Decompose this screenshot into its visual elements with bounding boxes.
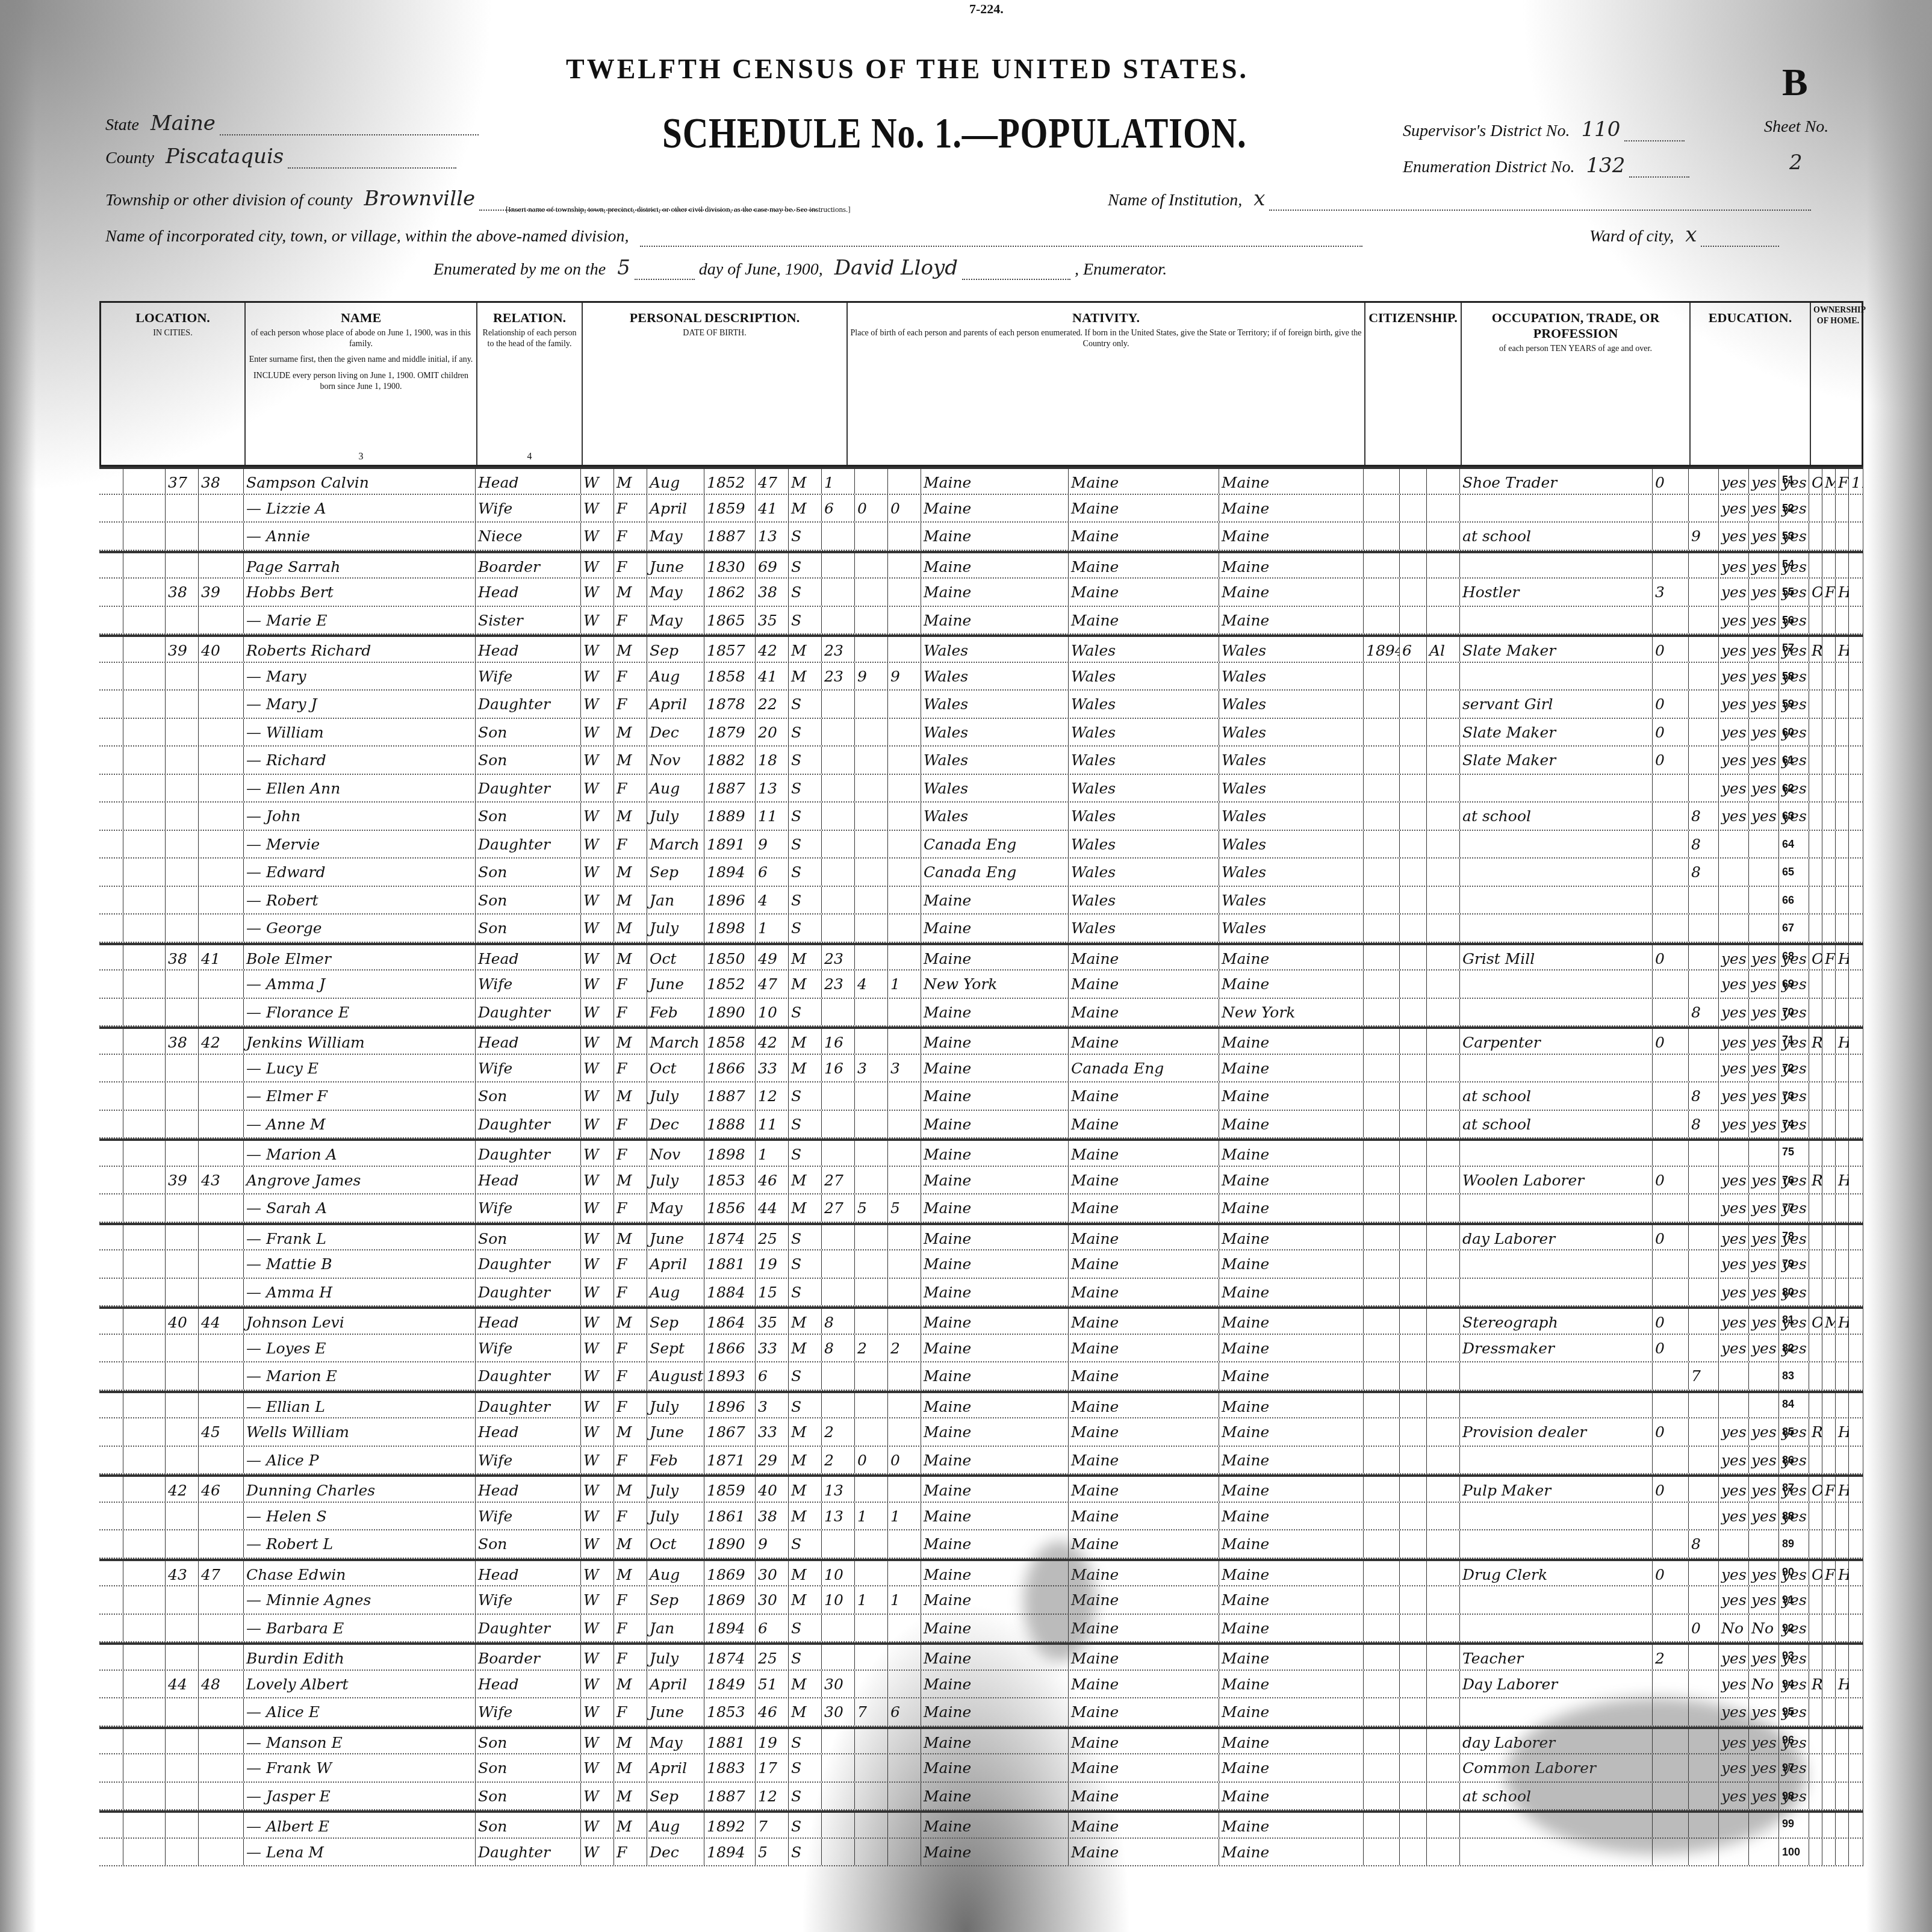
cell-own [1809,1362,1822,1390]
cell-nat [1427,523,1460,550]
cell-ms: M [789,1167,822,1194]
cell-own [1809,553,1822,578]
cell-rel: Son [476,747,581,774]
cell-ms: M [789,971,822,998]
cell-street [99,1082,123,1110]
cell-ym [822,803,855,830]
cell-nat [1427,803,1460,830]
cell-rel: Head [476,1309,581,1334]
cell-race: W [581,971,614,998]
cell-cl [888,469,921,494]
cell-age: 3 [756,1393,789,1418]
cell-name: — Alice E [244,1698,476,1725]
cell-mc: 9 [855,663,888,690]
cell-mpob: Maine [1219,1393,1364,1418]
ward-field: Ward of city, x [1589,223,1779,247]
cell-own [1809,1645,1822,1670]
line-number: 95 [1782,1706,1794,1718]
cell-write: yes [1749,1477,1779,1502]
cell-month: Jan [647,1615,704,1642]
cell-mort [1822,1225,1836,1250]
cell-race: W [581,1309,614,1334]
cell-mort [1822,1279,1836,1306]
cell-mort [1822,1141,1836,1166]
cell-mort [1822,637,1836,662]
cell-year: 1889 [704,803,756,830]
cell-rel: Head [476,1671,581,1698]
cell-street [99,1111,123,1138]
cell-mort [1822,1729,1836,1754]
cell-occ: at school [1460,803,1653,830]
cell-street [99,1279,123,1306]
cell-imm [1364,1839,1400,1866]
cell-cl [888,1783,921,1810]
cell-farm [1836,887,1849,914]
cell-fam [199,1279,244,1306]
cell-house [123,1279,166,1306]
cell-mpob: Wales [1219,887,1364,914]
cell-imm [1364,831,1400,858]
cell-year: 1887 [704,775,756,802]
cell-pob: Canada Eng [921,859,1069,886]
city-label: Name of incorporated city, town, or vill… [105,227,629,246]
cell-mort [1822,691,1836,718]
cell-farm [1836,1530,1849,1558]
cell-imm [1364,1729,1400,1754]
cell-house [123,691,166,718]
cell-own [1809,1503,1822,1530]
cell-mort [1822,1586,1836,1614]
cell-age: 41 [756,663,789,690]
cell-cl [888,691,921,718]
cell-occ: at school [1460,523,1653,550]
cell-year: 1887 [704,1082,756,1110]
cell-cl: 1 [888,1586,921,1614]
cell-street [99,1362,123,1390]
cell-house [123,1698,166,1725]
cell-nat [1427,1586,1460,1614]
cell-rel: Wife [476,1194,581,1222]
cell-write: No [1749,1671,1779,1698]
cell-unemp: 0 [1653,945,1689,970]
cell-occ [1460,1503,1653,1530]
cell-race: W [581,747,614,774]
cell-school [1689,1418,1719,1446]
cell-sex: M [614,469,647,494]
cell-fs [1849,999,1863,1026]
cell-write: yes [1749,999,1779,1026]
cell-mpob: Maine [1219,1783,1364,1810]
cell-fpob: Maine [1069,1082,1219,1110]
table-row: — Alice PWifeWFFeb187129M200MaineMaineMa… [99,1447,1863,1475]
cell-write: yes [1749,945,1779,970]
cell-fpob: Canada Eng [1069,1055,1219,1082]
cell-dwell [166,691,199,718]
cell-month: Aug [647,663,704,690]
cell-yrs [1400,971,1427,998]
cell-school [1689,915,1719,942]
cell-occ: Dressmaker [1460,1335,1653,1362]
cell-ms: M [789,1477,822,1502]
cell-school [1689,1279,1719,1306]
header-education: EDUCATION. [1691,303,1811,465]
cell-read: yes [1719,1111,1749,1138]
cell-age: 25 [756,1645,789,1670]
cell-age: 17 [756,1754,789,1781]
cell-fs [1849,1615,1863,1642]
cell-nat [1427,1645,1460,1670]
cell-month: July [647,1393,704,1418]
cell-farm [1836,1586,1849,1614]
cell-cl [888,1309,921,1334]
township-note: [Insert name of township, town, precinct… [506,205,851,214]
cell-month: Sep [647,1783,704,1810]
cell-fpob: Maine [1069,1279,1219,1306]
cell-name: — Frank W [244,1754,476,1781]
cell-dwell [166,1783,199,1810]
cell-school [1689,1503,1719,1530]
cell-name: — Marion E [244,1362,476,1390]
cell-farm [1836,999,1849,1026]
supervisor-field: Supervisor's District No. 110 [1403,117,1685,141]
cell-year: 1884 [704,1279,756,1306]
cell-fam [199,831,244,858]
cell-street [99,945,123,970]
cell-street [99,999,123,1026]
cell-race: W [581,1561,614,1586]
cell-dwell [166,1141,199,1166]
cell-ym [822,915,855,942]
cell-fam [199,1335,244,1362]
cell-fs [1849,1477,1863,1502]
cell-school [1689,607,1719,634]
cell-yrs [1400,1225,1427,1250]
cell-street [99,887,123,914]
cell-mort: F [1822,945,1836,970]
line-number: 93 [1782,1650,1794,1662]
cell-dwell [166,747,199,774]
line-number: 68 [1782,950,1794,963]
cell-age: 18 [756,747,789,774]
cell-unemp: 0 [1653,1167,1689,1194]
line-number: 88 [1782,1510,1794,1523]
cell-nat: Al [1427,637,1460,662]
cell-house [123,1561,166,1586]
cell-unemp [1653,607,1689,634]
cell-age: 11 [756,1111,789,1138]
cell-name: — Alice P [244,1447,476,1474]
cell-pob: Wales [921,691,1069,718]
cell-fam [199,803,244,830]
cell-nat [1427,1754,1460,1781]
cell-mpob: Wales [1219,637,1364,662]
cell-mc: 4 [855,971,888,998]
cell-farm [1836,1393,1849,1418]
cell-ms: S [789,523,822,550]
cell-yrs [1400,1418,1427,1446]
cell-rel: Wife [476,1586,581,1614]
ward-label: Ward of city, [1589,227,1674,246]
cell-cl [888,1729,921,1754]
county-value: Piscataquis [166,144,284,169]
line-number: 79 [1782,1258,1794,1270]
cell-read: yes [1719,1418,1749,1446]
cell-school [1689,1671,1719,1698]
cell-sex: F [614,1250,647,1278]
cell-name: — Jasper E [244,1783,476,1810]
cell-school [1689,1055,1719,1082]
cell-yrs [1400,607,1427,634]
cell-sex: M [614,1167,647,1194]
cell-fs [1849,887,1863,914]
cell-nat [1427,1279,1460,1306]
cell-school [1689,1167,1719,1194]
cell-fam [199,691,244,718]
cell-fpob: Maine [1069,523,1219,550]
cell-pob: Maine [921,1839,1069,1866]
cell-year: 1892 [704,1813,756,1837]
cell-cl [888,1362,921,1390]
cell-yrs [1400,579,1427,606]
cell-fam: 39 [199,579,244,606]
cell-house [123,1167,166,1194]
cell-fs [1849,553,1863,578]
table-row: 3940Roberts RichardHeadWMSep185742M23Wal… [99,635,1863,663]
cell-fs [1849,495,1863,522]
cell-occ: Carpenter [1460,1029,1653,1054]
cell-month: Nov [647,1141,704,1166]
table-row: 3943Angrove JamesHeadWMJuly185346M27Main… [99,1167,1863,1195]
cell-fam [199,1813,244,1837]
cell-mort [1822,775,1836,802]
cell-read: yes [1719,999,1749,1026]
cell-fpob: Maine [1069,945,1219,970]
cell-age: 33 [756,1418,789,1446]
cell-street [99,1029,123,1054]
line-number: 72 [1782,1062,1794,1075]
cell-yrs [1400,1615,1427,1642]
cell-house [123,1029,166,1054]
cell-mc [855,1141,888,1166]
cell-mpob: Maine [1219,1477,1364,1502]
cell-yrs [1400,1561,1427,1586]
cell-imm [1364,1309,1400,1334]
cell-race: W [581,1418,614,1446]
cell-write: yes [1749,663,1779,690]
cell-imm [1364,1586,1400,1614]
cell-nat [1427,1839,1460,1866]
cell-write: yes [1749,1167,1779,1194]
cell-ms: S [789,887,822,914]
cell-year: 1862 [704,579,756,606]
cell-ym [822,831,855,858]
cell-age: 46 [756,1167,789,1194]
sheet-number: 2 [1782,151,1803,175]
cell-cl [888,1082,921,1110]
cell-street [99,803,123,830]
cell-fpob: Maine [1069,1111,1219,1138]
cell-ms: S [789,1530,822,1558]
cell-occ [1460,1194,1653,1222]
cell-mc [855,523,888,550]
cell-mpob: New York [1219,999,1364,1026]
cell-write: yes [1749,1082,1779,1110]
cell-age: 22 [756,691,789,718]
cell-race: W [581,1813,614,1837]
cell-street [99,1141,123,1166]
cell-school: 8 [1689,1082,1719,1110]
cell-month: Aug [647,775,704,802]
cell-age: 12 [756,1783,789,1810]
cell-name: — Richard [244,747,476,774]
cell-pob: Wales [921,747,1069,774]
cell-fpob: Maine [1069,1813,1219,1837]
cell-house [123,637,166,662]
cell-dwell [166,1839,199,1866]
cell-fam [199,1645,244,1670]
cell-cl: 6 [888,1698,921,1725]
cell-occ: Slate Maker [1460,637,1653,662]
table-row: 3841Bole ElmerHeadWMOct185049M23MaineMai… [99,943,1863,971]
cell-mort [1822,1503,1836,1530]
table-row: 3839Hobbs BertHeadWMMay186238SMaineMaine… [99,579,1863,607]
cell-imm [1364,1477,1400,1502]
cell-ms: M [789,1503,822,1530]
table-row: — Robert LSonWMOct18909SMaineMaineMaine8 [99,1530,1863,1559]
cell-yrs [1400,469,1427,494]
cell-dwell [166,887,199,914]
cell-ms: S [789,1645,822,1670]
cell-yrs [1400,1447,1427,1474]
cell-fs [1849,1839,1863,1866]
cell-fs [1849,831,1863,858]
cell-pob: Maine [921,553,1069,578]
header-ownership: OWNERSHIP OF HOME. [1811,303,1865,465]
cell-sex: M [614,1418,647,1446]
cell-occ [1460,999,1653,1026]
cell-pob: Maine [921,1783,1069,1810]
cell-mpob: Maine [1219,1167,1364,1194]
cell-fs [1849,663,1863,690]
cell-yrs: 6 [1400,637,1427,662]
header-name: NAME of each person whose place of abode… [246,303,477,465]
cell-ym: 27 [822,1194,855,1222]
cell-fs [1849,1335,1863,1362]
cell-read: yes [1719,1335,1749,1362]
cell-school [1689,1645,1719,1670]
cell-street [99,469,123,494]
cell-name: Burdin Edith [244,1645,476,1670]
cell-sex: F [614,1111,647,1138]
cell-mc [855,579,888,606]
cell-fpob: Maine [1069,1447,1219,1474]
line-number: 83 [1782,1370,1794,1382]
cell-race: W [581,915,614,942]
cell-imm [1364,1561,1400,1586]
cell-farm [1836,1082,1849,1110]
cell-occ [1460,915,1653,942]
cell-sex: F [614,495,647,522]
cell-pob: Maine [921,1813,1069,1837]
cell-rel: Daughter [476,1250,581,1278]
cell-mc: 1 [855,1503,888,1530]
cell-farm [1836,719,1849,746]
cell-house [123,1309,166,1334]
cell-cl [888,831,921,858]
cell-house [123,747,166,774]
cell-rel: Head [476,1029,581,1054]
cell-sex: M [614,915,647,942]
cell-fs [1849,1530,1863,1558]
cell-cl [888,915,921,942]
enumerated-suffix: day of June, 1900, [699,260,823,279]
cell-race: W [581,495,614,522]
cell-occ [1460,607,1653,634]
cell-sex: M [614,747,647,774]
cell-dwell [166,1194,199,1222]
cell-read: yes [1719,1225,1749,1250]
cell-ms: S [789,579,822,606]
table-row: — Marion ADaughterWFNov18981SMaineMaineM… [99,1138,1863,1167]
cell-month: May [647,1729,704,1754]
cell-yrs [1400,1783,1427,1810]
cell-ym [822,1783,855,1810]
cell-cl [888,1225,921,1250]
cell-ms: S [789,719,822,746]
cell-sex: M [614,719,647,746]
cell-ms: M [789,1561,822,1586]
cell-race: W [581,1194,614,1222]
cell-name: Dunning Charles [244,1477,476,1502]
cell-own [1809,1225,1822,1250]
cell-ms: M [789,637,822,662]
cell-pob: Wales [921,775,1069,802]
cell-fs [1849,1225,1863,1250]
cell-pob: Maine [921,1167,1069,1194]
cell-name: — Minnie Agnes [244,1586,476,1614]
cell-house [123,1418,166,1446]
cell-unemp [1653,1530,1689,1558]
cell-rel: Head [476,637,581,662]
cell-race: W [581,1729,614,1754]
cell-ym [822,1393,855,1418]
cell-own: O [1809,469,1822,494]
cell-own [1809,1698,1822,1725]
cell-farm [1836,1335,1849,1362]
cell-house [123,887,166,914]
cell-cl [888,1530,921,1558]
cell-own [1809,1335,1822,1362]
cell-age: 13 [756,775,789,802]
cell-mc [855,1783,888,1810]
line-number: 85 [1782,1426,1794,1438]
cell-mort [1822,523,1836,550]
cell-street [99,1503,123,1530]
cell-dwell [166,831,199,858]
cell-fpob: Maine [1069,1477,1219,1502]
enumeration-district-value: 132 [1586,154,1625,178]
cell-occ: day Laborer [1460,1225,1653,1250]
cell-yrs [1400,1839,1427,1866]
cell-mpob: Maine [1219,1645,1364,1670]
cell-pob: Maine [921,887,1069,914]
cell-name: — Mattie B [244,1250,476,1278]
cell-fam [199,1503,244,1530]
cell-mpob: Maine [1219,1530,1364,1558]
cell-write: yes [1749,469,1779,494]
cell-nat [1427,887,1460,914]
cell-name: Angrove James [244,1167,476,1194]
